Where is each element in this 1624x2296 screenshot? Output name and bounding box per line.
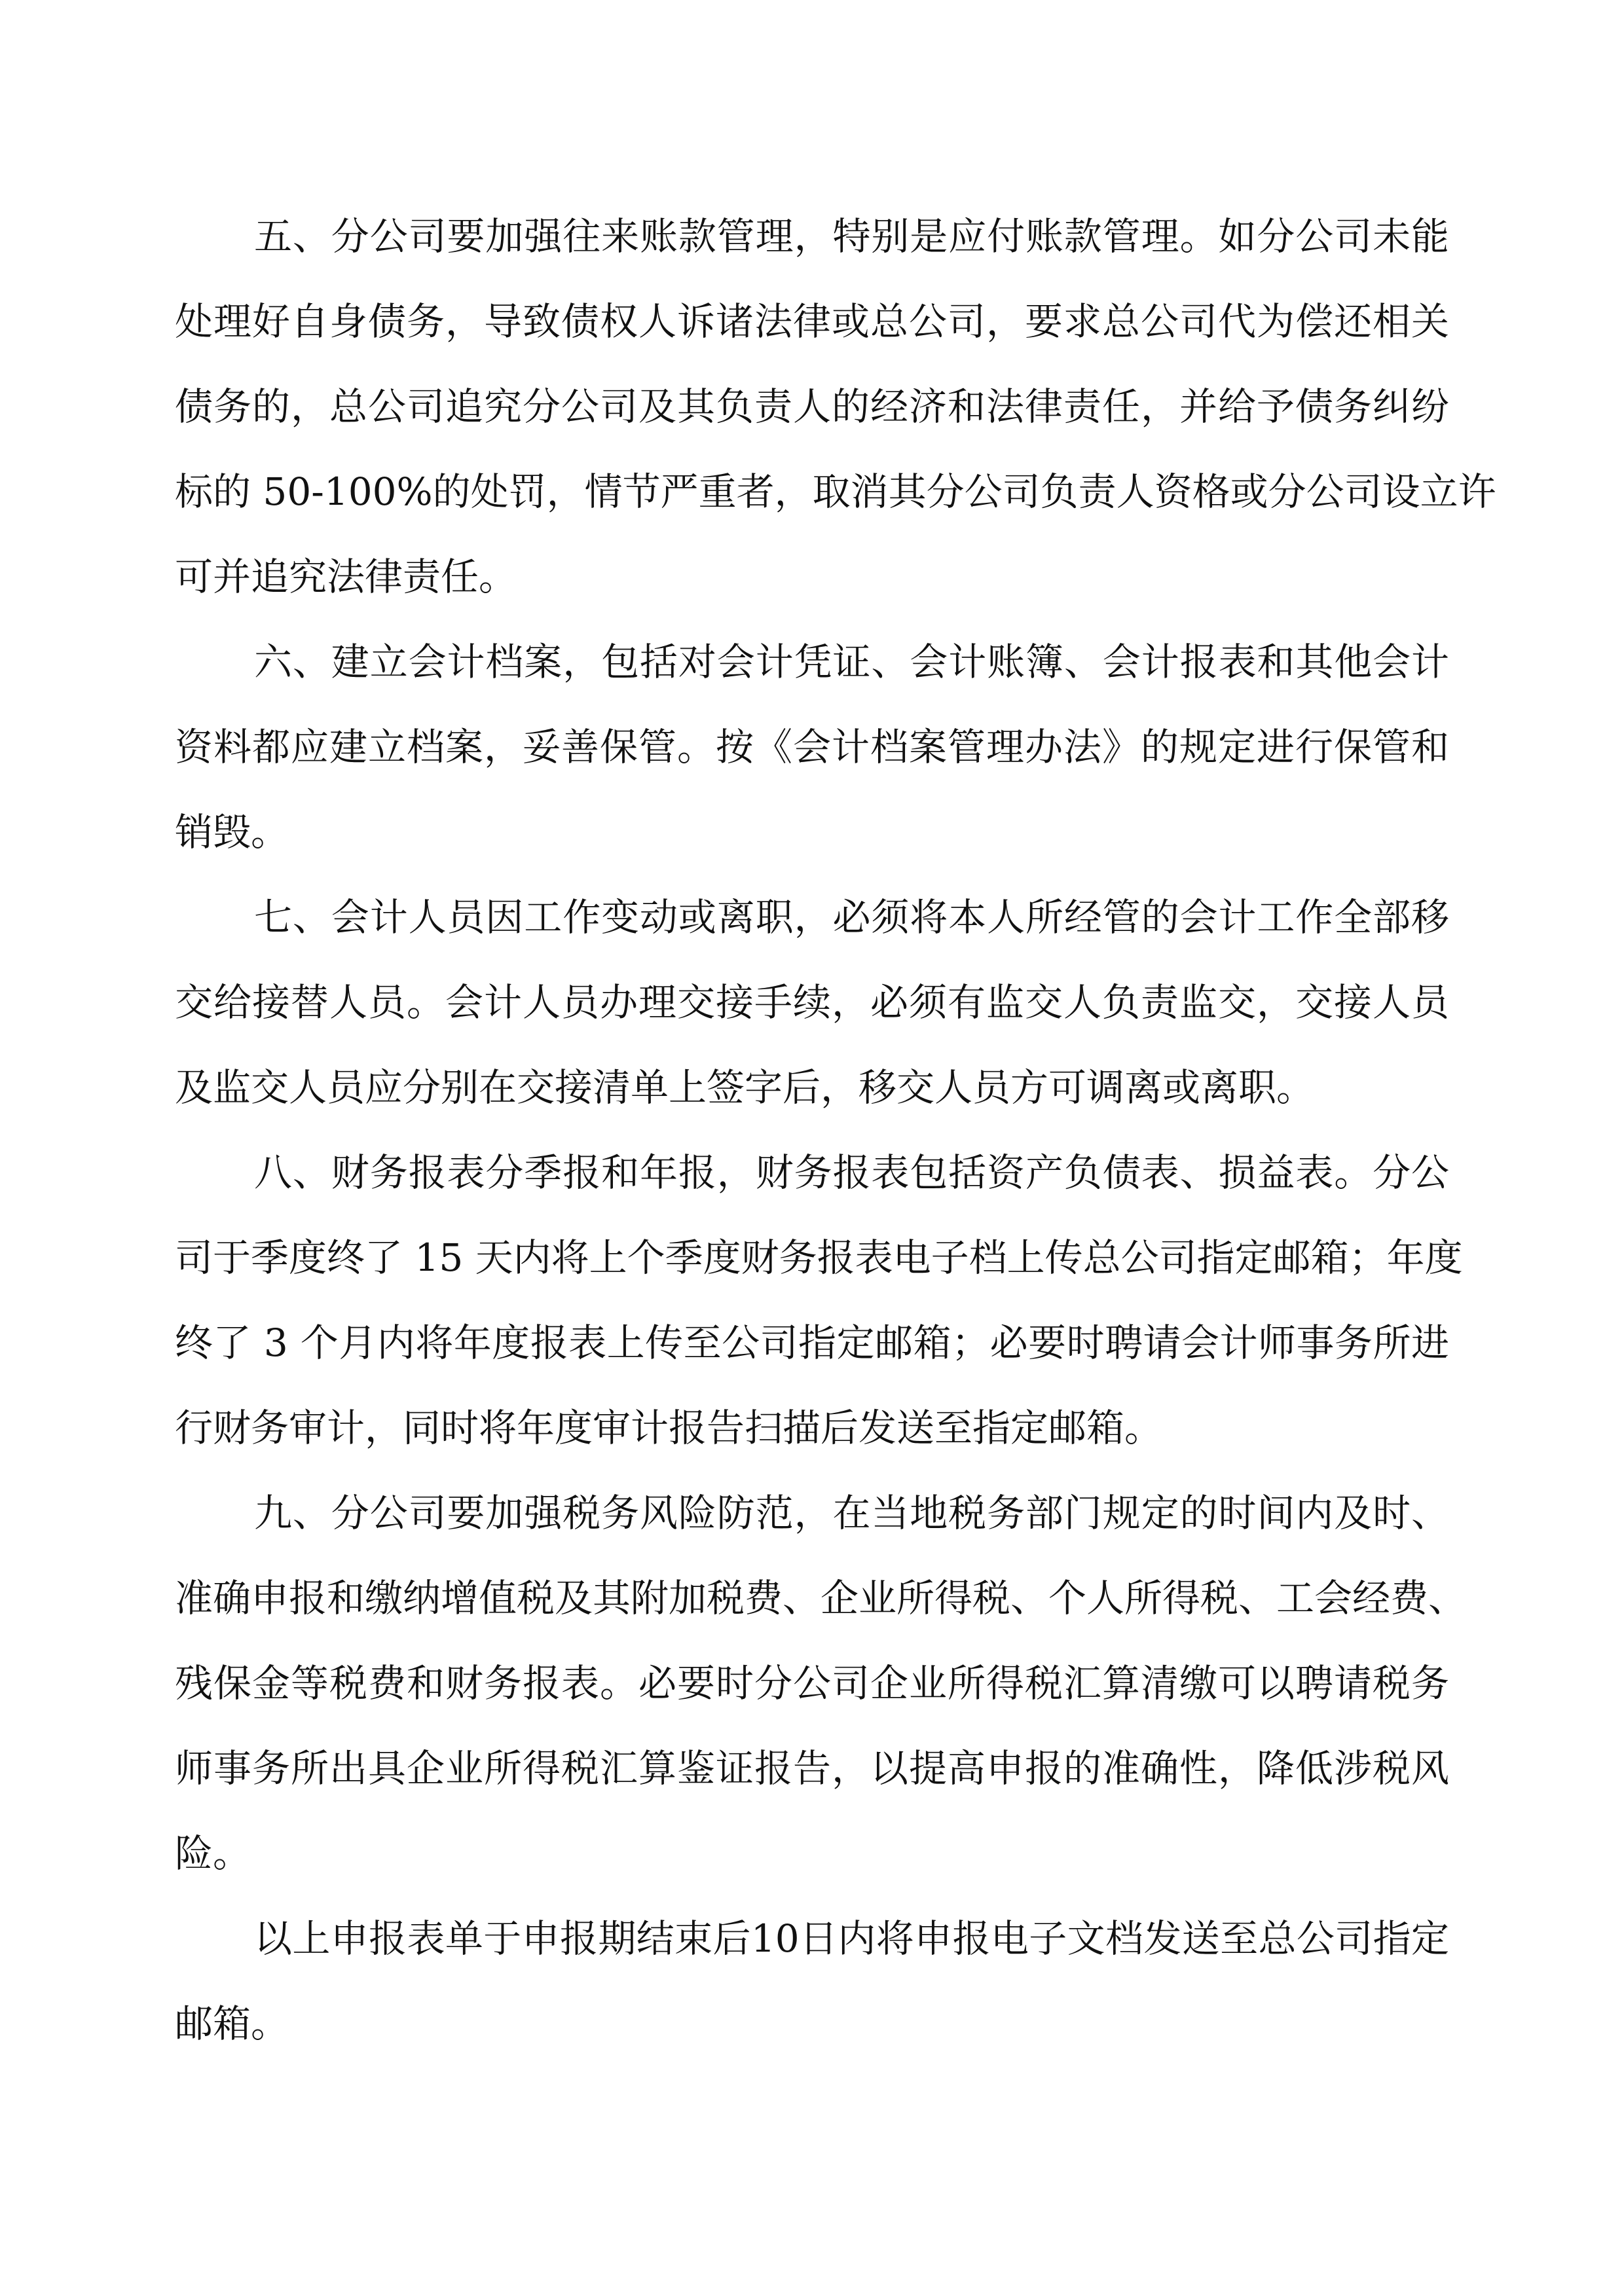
- text-line: 行财务审计，同时将年度审计报告扫描后发送至指定邮箱。: [175, 1385, 1449, 1470]
- paragraph-9: 九、分公司要加强税务风险防范，在当地税务部门规定的时间内及时、 准确申报和缴纳增…: [175, 1470, 1449, 1896]
- text-line: 资料都应建立档案，妥善保管。按《会计档案管理办法》的规定进行保管和: [175, 704, 1449, 790]
- paragraph-5: 五、分公司要加强往来账款管理，特别是应付账款管理。如分公司未能 处理好自身债务，…: [175, 194, 1449, 619]
- text-line: 及监交人员应分别在交接清单上签字后，移交人员方可调离或离职。: [175, 1045, 1449, 1130]
- text-line: 九、分公司要加强税务风险防范，在当地税务部门规定的时间内及时、: [175, 1470, 1449, 1556]
- text-line: 邮箱。: [175, 1981, 1449, 2066]
- paragraph-closing: 以上申报表单于申报期结束后10日内将申报电子文档发送至总公司指定 邮箱。: [175, 1896, 1449, 2066]
- text-line: 六、建立会计档案，包括对会计凭证、会计账簿、会计报表和其他会计: [175, 619, 1449, 704]
- paragraph-7: 七、会计人员因工作变动或离职，必须将本人所经管的会计工作全部移 交给接替人员。会…: [175, 875, 1449, 1130]
- text-line: 可并追究法律责任。: [175, 534, 1449, 619]
- paragraph-6: 六、建立会计档案，包括对会计凭证、会计账簿、会计报表和其他会计 资料都应建立档案…: [175, 619, 1449, 875]
- text-line: 师事务所出具企业所得税汇算鉴证报告，以提高申报的准确性，降低涉税风: [175, 1726, 1449, 1811]
- text-line: 司于季度终了 15 天内将上个季度财务报表电子档上传总公司指定邮箱；年度: [175, 1215, 1449, 1300]
- text-line: 处理好自身债务，导致债权人诉诸法律或总公司，要求总公司代为偿还相关: [175, 279, 1449, 364]
- text-line: 标的 50-100%的处罚，情节严重者，取消其分公司负责人资格或分公司设立许: [175, 449, 1449, 534]
- text-line: 销毁。: [175, 790, 1449, 875]
- text-line: 以上申报表单于申报期结束后10日内将申报电子文档发送至总公司指定: [175, 1896, 1449, 1981]
- text-line: 五、分公司要加强往来账款管理，特别是应付账款管理。如分公司未能: [175, 194, 1449, 279]
- text-line: 债务的，总公司追究分公司及其负责人的经济和法律责任，并给予债务纠纷: [175, 364, 1449, 449]
- text-line: 终了 3 个月内将年度报表上传至公司指定邮箱；必要时聘请会计师事务所进: [175, 1300, 1449, 1385]
- paragraph-8: 八、财务报表分季报和年报，财务报表包括资产负债表、损益表。分公 司于季度终了 1…: [175, 1130, 1449, 1470]
- document-page: 五、分公司要加强往来账款管理，特别是应付账款管理。如分公司未能 处理好自身债务，…: [175, 194, 1449, 2066]
- text-line: 七、会计人员因工作变动或离职，必须将本人所经管的会计工作全部移: [175, 875, 1449, 960]
- text-line: 准确申报和缴纳增值税及其附加税费、企业所得税、个人所得税、工会经费、: [175, 1556, 1449, 1641]
- text-line: 八、财务报表分季报和年报，财务报表包括资产负债表、损益表。分公: [175, 1130, 1449, 1215]
- text-line: 残保金等税费和财务报表。必要时分公司企业所得税汇算清缴可以聘请税务: [175, 1641, 1449, 1726]
- text-line: 险。: [175, 1811, 1449, 1896]
- text-line: 交给接替人员。会计人员办理交接手续，必须有监交人负责监交，交接人员: [175, 960, 1449, 1045]
